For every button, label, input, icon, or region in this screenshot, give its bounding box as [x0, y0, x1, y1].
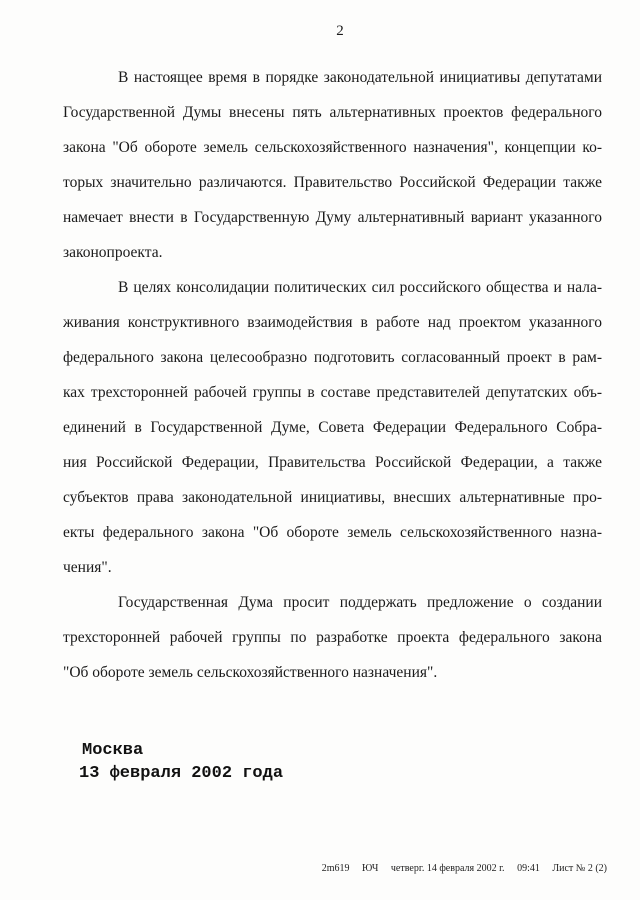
- text-line: единений в Государственной Думе, Совета …: [63, 410, 602, 445]
- text-line: торых значительно различаются. Правитель…: [63, 165, 602, 200]
- signoff-block: Москва 13 февраля 2002 года: [79, 739, 283, 785]
- text-line: трехсторонней рабочей группы по разработ…: [63, 620, 602, 655]
- document-body: В настоящее время в порядке законодатель…: [63, 60, 602, 690]
- footer-sheet-number: Лист № 2 (2): [552, 863, 607, 874]
- text-line: екты федерального закона "Об обороте зем…: [63, 515, 602, 550]
- footer-doc-code: 2m619: [322, 863, 350, 874]
- text-line: намечает внести в Государственную Думу а…: [63, 200, 602, 235]
- paragraph-2: В целях консолидации политических сил ро…: [63, 270, 602, 585]
- text-line: субъектов права законодательной инициати…: [63, 480, 602, 515]
- footer-datetime: четверг. 14 февраля 2002 г.: [391, 863, 505, 874]
- scanned-document-page: 2 В настоящее время в порядке законодате…: [0, 0, 640, 900]
- text-line: федерального закона целесообразно подгот…: [63, 340, 602, 375]
- text-line: живания конструктивного взаимодействия в…: [63, 305, 602, 340]
- signoff-date: 13 февраля 2002 года: [79, 762, 283, 785]
- paragraph-1: В настоящее время в порядке законодатель…: [63, 60, 602, 270]
- footer-initials: ЮЧ: [362, 863, 378, 874]
- text-line: ния Российской Федерации, Правительства …: [63, 445, 602, 480]
- text-line: закона "Об обороте земель сельскохозяйст…: [63, 130, 602, 165]
- text-line: "Об обороте земель сельскохозяйственного…: [63, 655, 602, 690]
- text-line: чения".: [63, 550, 602, 585]
- text-line: Государственная Дума просит поддержать п…: [63, 585, 602, 620]
- text-line: В целях консолидации политических сил ро…: [63, 270, 602, 305]
- text-line: Государственной Думы внесены пять альтер…: [63, 95, 602, 130]
- text-line: ках трехсторонней рабочей группы в соста…: [63, 375, 602, 410]
- text-line: В настоящее время в порядке законодатель…: [63, 60, 602, 95]
- footer-date: 14 февраля 2002 г.: [427, 863, 505, 874]
- paragraph-3: Государственная Дума просит поддержать п…: [63, 585, 602, 690]
- page-number: 2: [40, 23, 640, 40]
- text-line: законопроекта.: [63, 235, 602, 270]
- footer-weekday: четверг.: [391, 863, 424, 874]
- signoff-place: Москва: [82, 739, 283, 762]
- footer-time: 09:41: [517, 863, 540, 874]
- print-footer: 2m619 ЮЧ четверг. 14 февраля 2002 г. 09:…: [322, 863, 607, 874]
